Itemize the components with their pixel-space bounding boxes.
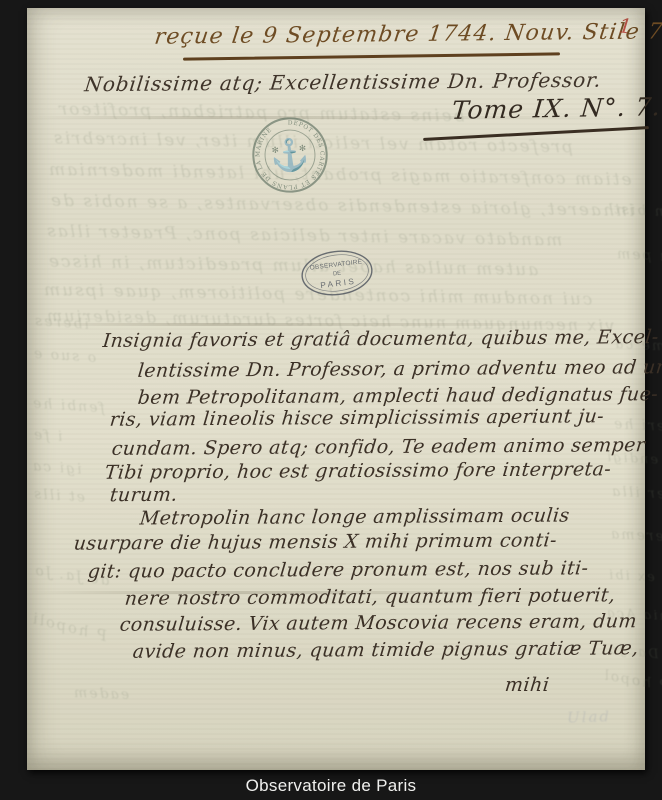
manuscript-line: usurpare die hujus mensis X mihi primum … [73, 529, 558, 554]
volume-reference: Tome IX. N°. 7. [451, 92, 662, 125]
bleedthrough-line: o suo e [32, 346, 97, 366]
received-underline [183, 52, 560, 60]
marine-stamp: DEPOT DES CARTES ET PLANS DE LA MARINE ⚓… [248, 113, 331, 196]
leaf-icon: ✻ [299, 144, 307, 154]
bleedthrough-line: P hopoli [29, 609, 109, 645]
bleedthrough-line: mandato vacare inter delicias ponc, Prae… [45, 221, 563, 250]
leaf-icon: ✻ [271, 146, 279, 156]
folio-number: 1 [618, 13, 633, 38]
observatoire-stamp: OBSERVATOIRE DE PARIS [296, 244, 378, 303]
photo: beins estatum pro patrieban, profiteorpr… [0, 0, 662, 800]
manuscript-page: beins estatum pro patrieban, profiteorpr… [27, 8, 645, 770]
manuscript-line: avide non minus, quam timide pignus grat… [132, 637, 640, 663]
bleedthrough-line: fuerema [609, 526, 662, 546]
bleedthrough-line: autem nullas habet ullum praedictum, in … [47, 252, 539, 281]
bleedthrough-line: en bist [612, 201, 662, 220]
bleedthrough-line: inhaeret, gloria estendendis observantes… [49, 191, 635, 221]
bleedthrough-line: P hopol [601, 667, 662, 694]
bleedthrough-line: Ulad [567, 707, 612, 727]
bleedthrough-line: qua pem [615, 246, 662, 266]
bleedthrough-line: iberes [33, 313, 90, 333]
bleedthrough-line: et ills [32, 486, 86, 506]
manuscript-line: Metropolin hanc longe amplissimam oculis [139, 505, 571, 530]
salutation-line: Nobilissime atq; Excellentissime Dn. Pro… [83, 68, 603, 97]
photo-caption: Observatoire de Paris [0, 776, 662, 796]
manuscript-line: Tibi proprio, hoc est gratiosissimo fore… [104, 458, 613, 484]
bleedthrough-line: eadem [72, 685, 130, 703]
received-annotation: reçue le 9 Septembre 1744. Nouv. Stile 7… [153, 19, 662, 49]
manuscript-line: Insignia favoris et gratiâ documenta, qu… [102, 326, 660, 352]
manuscript-line: nere nostro commoditati, quantum fieri p… [124, 584, 617, 609]
manuscript-line: lentissime Dn. Professor, a primo advent… [137, 356, 662, 382]
manuscript-line: consuluisse. Vix autem Moscovia recens e… [119, 610, 638, 636]
bleedthrough-line: i fe [31, 427, 62, 445]
observatoire-stamp-line2: DE [333, 271, 342, 278]
manuscript-line: turum. [109, 484, 179, 506]
bleedthrough-line: igi ca [31, 458, 83, 477]
manuscript-line: git: quo pacto concludere pronum est, no… [87, 557, 590, 582]
bleedthrough-line: et Ver illa [610, 484, 662, 505]
bleedthrough-line: etiam conferatio magis probant, ubi late… [47, 160, 632, 190]
bleedthrough-line: fenbi he [31, 395, 106, 416]
catchword: mihi [504, 674, 551, 696]
bleedthrough-line: uberi he [612, 416, 662, 436]
manuscript-line: ris, viam lineolis hisce simplicissimis … [109, 405, 605, 430]
manuscript-line: cundam. Spero atq; confido, Te eadem ani… [111, 434, 647, 460]
